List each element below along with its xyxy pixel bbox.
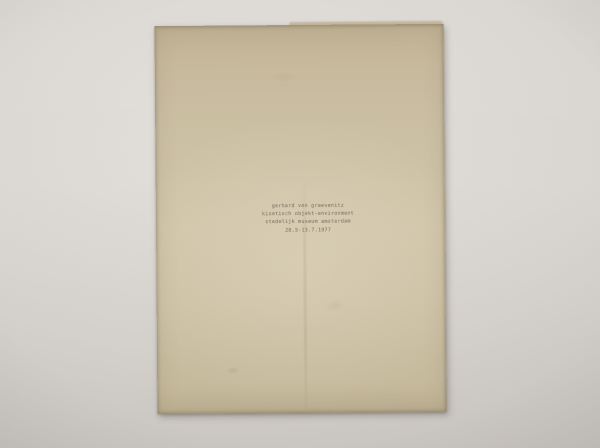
cover-line-dates: 28.5-13.7.1977: [262, 226, 354, 235]
cover-line-museum: stedelijk museum amsterdam: [261, 218, 353, 227]
photo-background: gerhard von graevenitz kinetisch objekt-…: [0, 0, 600, 448]
paper-stain: [270, 72, 296, 82]
paper-stain: [324, 300, 344, 312]
cover-title-block: gerhard von graevenitz kinetisch objekt-…: [261, 202, 353, 235]
paper-stain: [227, 367, 241, 375]
catalog-cover: gerhard von graevenitz kinetisch objekt-…: [154, 24, 446, 414]
